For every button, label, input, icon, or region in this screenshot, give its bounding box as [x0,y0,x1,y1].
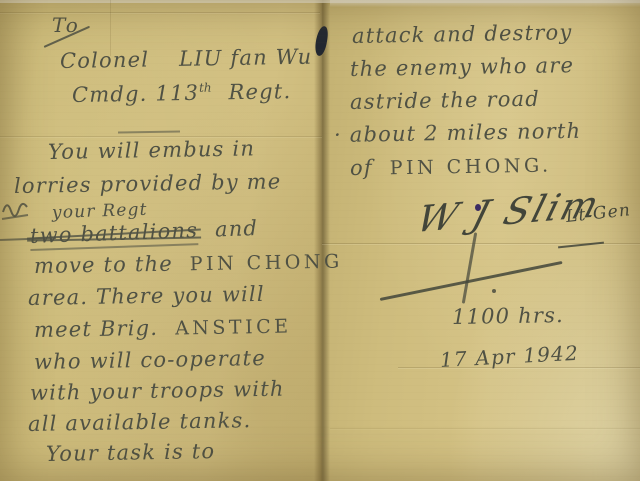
body-line: the enemy who are [350,53,574,81]
place-name: PIN CHONG. [390,154,552,179]
person-name: ANSTICE [175,316,292,340]
body-line-end: and [215,216,259,241]
paper-top-edge-right [330,0,640,7]
handwritten-order-photo: To Colonel LIU fan Wu Cmdg. 113th Regt. … [0,0,640,481]
addressee-title: Colonel [60,47,150,73]
margin-mark [1,192,33,224]
body-line: attack and destroy [352,20,573,48]
body-line: You will embus in [48,136,255,164]
addressee-unit-line: Cmdg. 113th Regt. [72,79,292,107]
signature-ink-dot [492,289,496,293]
purple-ink-dot [475,204,481,211]
addressee-name: LIU fan Wu [179,45,313,71]
place-name: PIN CHONG [190,251,343,276]
unit-prefix: Cmdg. 113 [72,81,200,107]
body-line: all available tanks. [28,408,252,436]
body-line: Your task is to [46,439,216,466]
unit-suffix: Regt. [228,79,291,104]
fold-crease [330,428,640,429]
body-line: with your troops with [30,377,285,405]
unit-ordinal: th [199,81,212,95]
time-line: 1100 hrs. [452,303,564,329]
body-text: meet Brig. [34,316,159,342]
body-line: · about 2 miles north [334,119,582,147]
page-fold-seam [314,0,330,481]
body-text: move to the [34,252,173,278]
body-line: who will co-operate [34,346,266,374]
body-line: of PIN CHONG. [350,152,552,180]
body-line: lorries provided by me [14,169,282,198]
body-line: area. There you will [28,282,265,310]
body-line: meet Brig. ANSTICE [34,314,292,342]
body-line: astride the road [350,87,540,114]
body-text: of [350,156,373,180]
fold-crease [0,136,322,137]
fold-crease [0,12,320,13]
addressee-line: Colonel LIU fan Wu [60,45,313,73]
